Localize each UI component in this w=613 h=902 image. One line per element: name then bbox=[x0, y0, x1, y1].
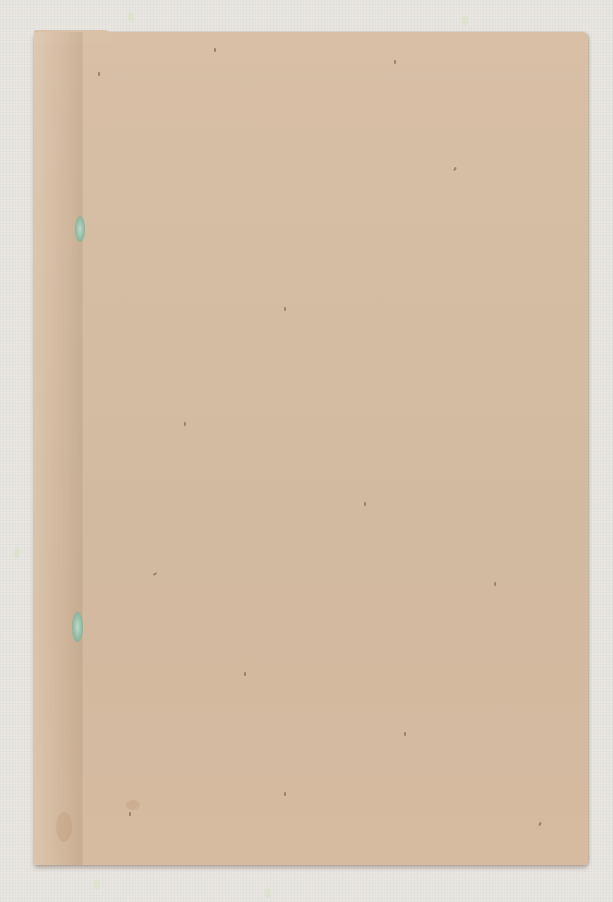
binding-hole-top bbox=[75, 216, 85, 242]
background-fleck bbox=[94, 880, 100, 890]
paper-speck bbox=[153, 572, 157, 576]
spine-fold bbox=[34, 32, 83, 865]
paper-speck bbox=[284, 307, 286, 311]
paper-speck bbox=[404, 732, 406, 736]
paper-speck bbox=[394, 60, 396, 64]
background-fleck bbox=[265, 888, 271, 898]
paper-cover bbox=[34, 32, 588, 865]
paper-speck bbox=[284, 792, 286, 796]
background-fleck bbox=[14, 548, 20, 558]
paper-speck bbox=[494, 582, 496, 586]
paper-speck bbox=[98, 72, 100, 76]
background-fleck bbox=[462, 16, 468, 26]
paper-speck bbox=[538, 822, 541, 826]
paper-speck bbox=[453, 167, 457, 171]
paper-stain bbox=[56, 812, 72, 842]
binding-hole-bottom bbox=[72, 612, 83, 642]
paper-stain bbox=[126, 800, 140, 810]
paper-speck bbox=[214, 48, 216, 52]
paper-speck bbox=[244, 672, 246, 676]
paper-speck bbox=[184, 422, 186, 426]
background-fleck bbox=[128, 12, 134, 22]
paper-speck bbox=[364, 502, 366, 506]
paper-speck bbox=[129, 812, 131, 816]
